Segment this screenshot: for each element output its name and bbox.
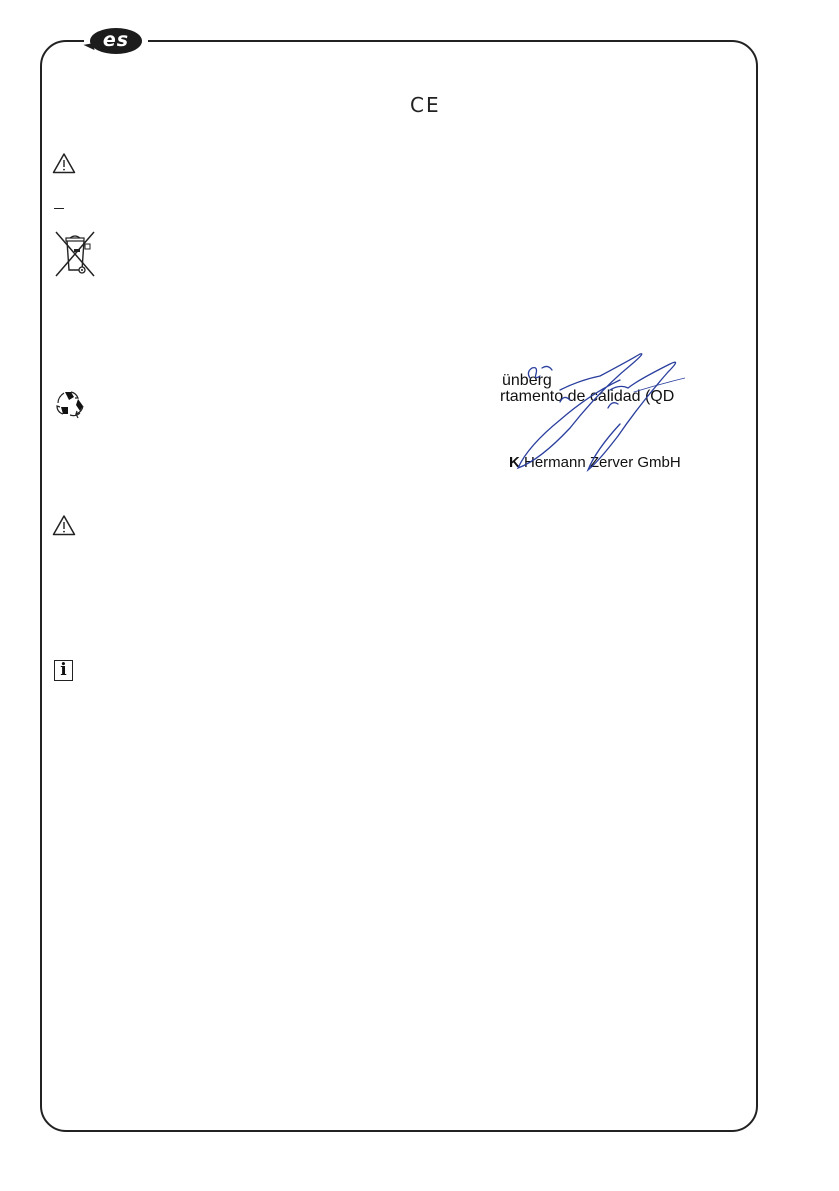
ce-mark: CE <box>410 93 441 117</box>
info-icon: i <box>54 660 73 681</box>
handwritten-signature <box>500 350 685 485</box>
signature-block: ünberg rtamento de calidad (QD K Hermann… <box>500 350 685 485</box>
weee-crossed-bin-icon <box>54 228 98 283</box>
language-code: es <box>90 28 142 54</box>
warning-icon <box>52 152 76 179</box>
recycle-icon <box>54 389 86 424</box>
separator-dash <box>54 208 64 209</box>
language-badge: es <box>84 26 148 56</box>
page-frame <box>40 40 758 1132</box>
warning-icon <box>52 514 76 541</box>
